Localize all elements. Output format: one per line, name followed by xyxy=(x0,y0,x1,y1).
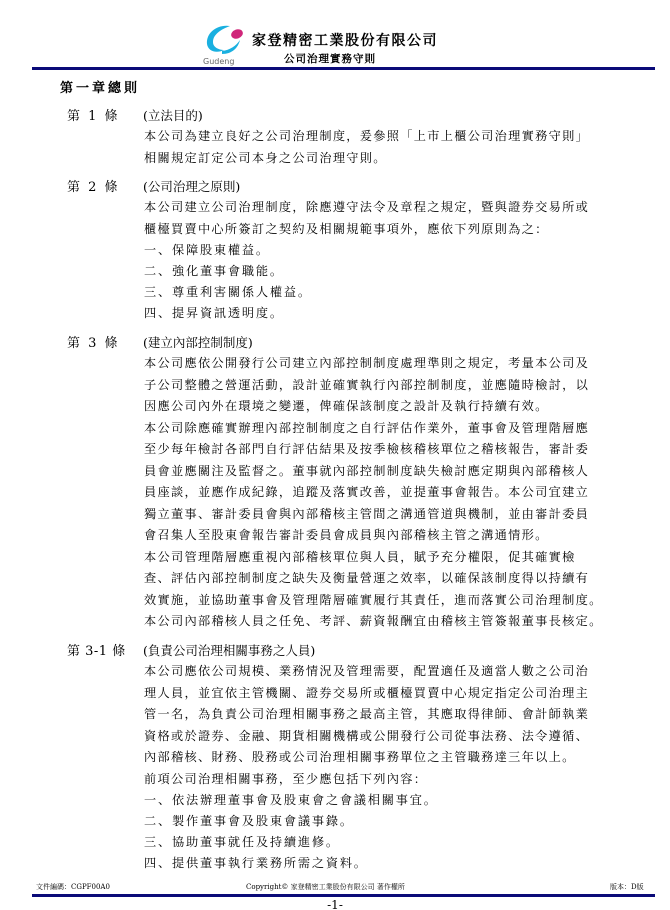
chapter-heading: 第一章總則 xyxy=(60,77,140,96)
footer-rule xyxy=(32,894,655,897)
article-number: 第 3 條 xyxy=(67,332,143,351)
text-line: 本公司除應確實辦理內部控制制度之自行評估作業外，董事會及管理階層應 xyxy=(144,418,619,440)
text-line: 子公司整體之營運活動，設計並確實執行內部控制制度，並應隨時檢討，以 xyxy=(144,375,619,397)
article-heading: 第 2 條(公司治理之原則) xyxy=(67,176,240,195)
text-line: 本公司內部稽核人員之任免、考評、薪資報酬宜由稽核主管簽報董事長核定。 xyxy=(144,611,619,633)
article-paragraph: 本公司應依公司規模、業務情況及管理需要，配置適任及適當人數之公司治 理人員，並宜… xyxy=(144,661,619,790)
text-line: 本公司為建立良好之公司治理制度，爰參照「上市上櫃公司治理實務守則」 xyxy=(144,126,619,148)
text-line: 理人員，並宜依主管機關、證券交易所或櫃檯買賣中心規定指定公司治理主 xyxy=(144,683,619,705)
version-label: 版本：D版 xyxy=(610,882,644,892)
article-heading: 第 3-1 條(負責公司治理相關事務之人員) xyxy=(67,640,315,659)
article-number: 第 3-1 條 xyxy=(67,640,143,659)
svg-text:Gudeng: Gudeng xyxy=(203,57,234,66)
list-item: 一、保障股東權益。 xyxy=(144,240,312,261)
list-item: 一、依法辦理董事會及股東會之會議相關事宜。 xyxy=(144,790,438,811)
article-title: (負責公司治理相關事務之人員) xyxy=(143,643,315,658)
governance-duties-list: 一、依法辦理董事會及股東會之會議相關事宜。 二、製作董事會及股東會議事錄。 三、… xyxy=(144,790,438,874)
text-line: 效實施，並協助董事會及管理階層確實履行其責任，進而落實公司治理制度。 xyxy=(144,590,619,612)
text-line: 本公司應依公司規模、業務情況及管理需要，配置適任及適當人數之公司治 xyxy=(144,661,619,683)
article-paragraph: 本公司為建立良好之公司治理制度，爰參照「上市上櫃公司治理實務守則」 相關規定訂定… xyxy=(144,126,619,169)
document-code: 文件編碼：CGPF00A0 xyxy=(36,882,110,892)
gudeng-logo-icon: Gudeng xyxy=(200,20,248,66)
document-title: 公司治理實務守則 xyxy=(284,51,376,66)
list-item: 三、協助董事就任及持續進修。 xyxy=(144,832,438,853)
article-paragraph: 本公司應依公開發行公司建立內部控制制度處理準則之規定，考量本公司及 子公司整體之… xyxy=(144,353,619,633)
text-line: 員會並應關注及監督之。董事就內部控制制度缺失檢討應定期與內部稽核人 xyxy=(144,461,619,483)
article-paragraph: 本公司建立公司治理制度，除應遵守法令及章程之規定，暨與證券交易所或 櫃檯買賣中心… xyxy=(144,197,619,240)
principle-list: 一、保障股東權益。 二、強化董事會職能。 三、尊重利害關係人權益。 四、提昇資訊… xyxy=(144,240,312,324)
company-name: 家登精密工業股份有限公司 xyxy=(252,30,438,50)
header-rule xyxy=(32,67,655,70)
article-number: 第 2 條 xyxy=(67,176,143,195)
article-heading: 第 3 條(建立內部控制制度) xyxy=(67,332,253,351)
text-line: 因應公司內外在環境之變遷，俾確保該制度之設計及執行持續有效。 xyxy=(144,396,619,418)
text-line: 管一名，為負責公司治理相關事務之最高主管，其應取得律師、會計師執業 xyxy=(144,704,619,726)
text-line: 本公司建立公司治理制度，除應遵守法令及章程之規定，暨與證券交易所或 xyxy=(144,197,619,219)
list-item: 四、提供董事執行業務所需之資料。 xyxy=(144,853,438,874)
text-line: 本公司應依公開發行公司建立內部控制制度處理準則之規定，考量本公司及 xyxy=(144,353,619,375)
text-line: 員座談，並應作成紀錄，追蹤及落實改善，並提董事會報告。本公司宜建立 xyxy=(144,482,619,504)
article-title: (公司治理之原則) xyxy=(143,179,240,194)
text-line: 相關規定訂定公司本身之公司治理守則。 xyxy=(144,148,619,170)
text-line: 資格或於證券、金融、期貨相關機構或公開發行公司從事法務、法令遵循、 xyxy=(144,726,619,748)
list-item: 二、製作董事會及股東會議事錄。 xyxy=(144,811,438,832)
text-line: 前項公司治理相關事務，至少應包括下列內容： xyxy=(144,769,619,791)
text-line: 查、評估內部控制制度之缺失及衡量營運之效率，以確保該制度得以持續有 xyxy=(144,568,619,590)
list-item: 三、尊重利害關係人權益。 xyxy=(144,282,312,303)
page-number: -1- xyxy=(0,898,670,910)
list-item: 四、提昇資訊透明度。 xyxy=(144,303,312,324)
text-line: 獨立董事、審計委員會與內部稽核主管間之溝通管道與機制，並由審計委員 xyxy=(144,504,619,526)
article-number: 第 1 條 xyxy=(67,105,143,124)
article-title: (立法目的) xyxy=(143,108,203,123)
article-title: (建立內部控制制度) xyxy=(143,335,253,350)
copyright-notice: Copyright© 家登精密工業股份有限公司 著作權所 xyxy=(246,882,405,892)
text-line: 本公司管理階層應重視內部稽核單位與人員，賦予充分權限，促其確實檢 xyxy=(144,547,619,569)
article-heading: 第 1 條(立法目的) xyxy=(67,105,203,124)
text-line: 至少每年檢討各部門自行評估結果及按季檢核稽核單位之稽核報告，審計委 xyxy=(144,439,619,461)
text-line: 櫃檯買賣中心所簽訂之契約及相關規範事項外，應依下列原則為之： xyxy=(144,219,619,241)
text-line: 會召集人至股東會報告審計委員會成員與內部稽核主管之溝通情形。 xyxy=(144,525,619,547)
list-item: 二、強化董事會職能。 xyxy=(144,261,312,282)
page-header: Gudeng 家登精密工業股份有限公司 公司治理實務守則 xyxy=(0,0,670,70)
text-line: 內部稽核、財務、股務或公司治理相關事務單位之主管職務達三年以上。 xyxy=(144,747,619,769)
